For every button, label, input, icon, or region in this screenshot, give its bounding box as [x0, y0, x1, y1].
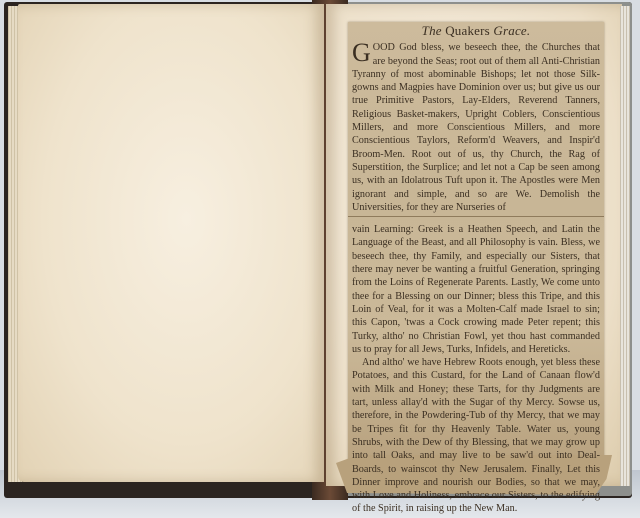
paragraph-1-text: OOD God bless, we beseech thee, the Chur…: [352, 42, 600, 213]
left-page-blank: [18, 4, 324, 482]
paragraph-1: GOOD God bless, we beseech thee, the Chu…: [352, 41, 600, 214]
title-quakers: Quakers: [442, 23, 494, 38]
right-page-edges: [620, 6, 630, 486]
title-grace: Grace.: [493, 23, 530, 38]
drop-cap: G: [352, 42, 371, 64]
clipping-text: The Quakers Grace. GOOD God bless, we be…: [352, 22, 600, 516]
clipping-seam: [348, 216, 604, 220]
title-the: The: [422, 23, 442, 38]
paragraph-3: And altho' we have Hebrew Roots enough, …: [352, 356, 600, 516]
page-title: The Quakers Grace.: [352, 24, 600, 37]
paragraph-2: vain Learning: Greek is a Heathen Speech…: [352, 223, 600, 356]
